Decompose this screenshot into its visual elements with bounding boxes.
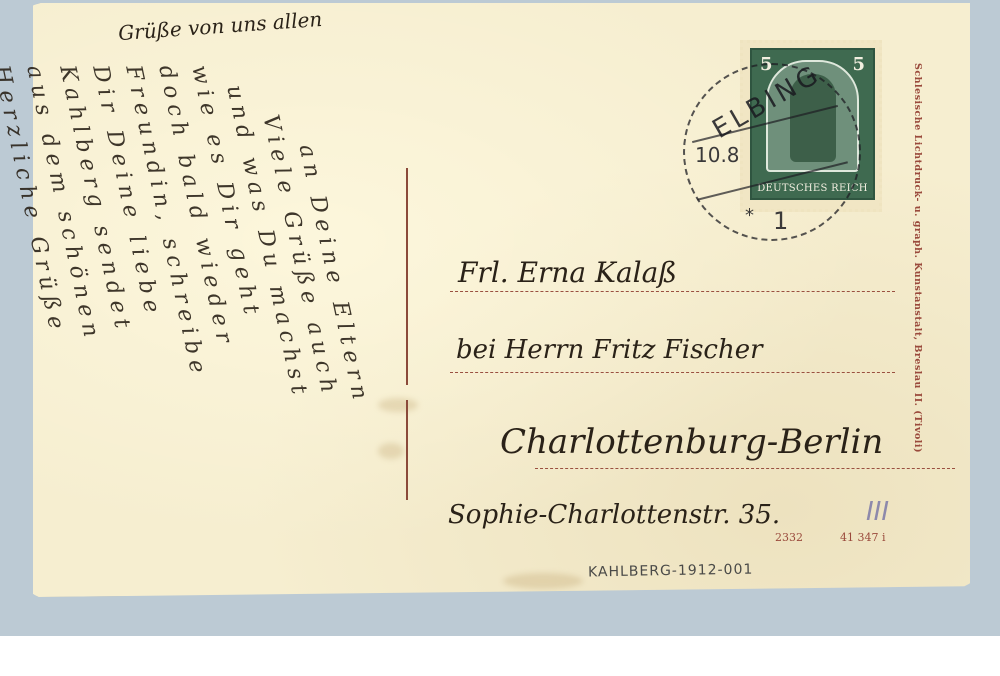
address-rule <box>535 468 955 469</box>
print-number-right: 41 347 i <box>840 531 886 544</box>
pencil-floor-annotation: III <box>866 497 889 527</box>
postmark-office-number: 1 <box>773 207 788 235</box>
address-line-city: Charlottenburg-Berlin <box>500 422 883 462</box>
center-divider <box>406 168 408 385</box>
postmark-bar <box>697 161 848 200</box>
address-line-care-of: bei Herrn Fritz Fischer <box>456 335 763 365</box>
printer-imprint: Schlesische Lichtdruck- u. graph. Kunsta… <box>905 63 923 533</box>
postmark: ELBING 10.8 * 1 <box>683 63 861 241</box>
address-line-recipient: Frl. Erna Kalaß <box>458 256 677 289</box>
archive-label: KAHLBERG-1912-001 <box>588 562 754 581</box>
address-line-street: Sophie-Charlottenstr. 35. <box>448 500 780 530</box>
print-number-left: 2332 <box>775 531 803 544</box>
stain <box>378 398 418 412</box>
stamp-denomination-right: 5 <box>852 54 865 75</box>
postmark-date: 10.8 <box>695 143 740 167</box>
center-divider <box>406 400 408 500</box>
address-rule <box>450 291 895 292</box>
postmark-star: * <box>745 205 754 226</box>
address-rule <box>450 372 895 373</box>
stain <box>503 573 583 589</box>
